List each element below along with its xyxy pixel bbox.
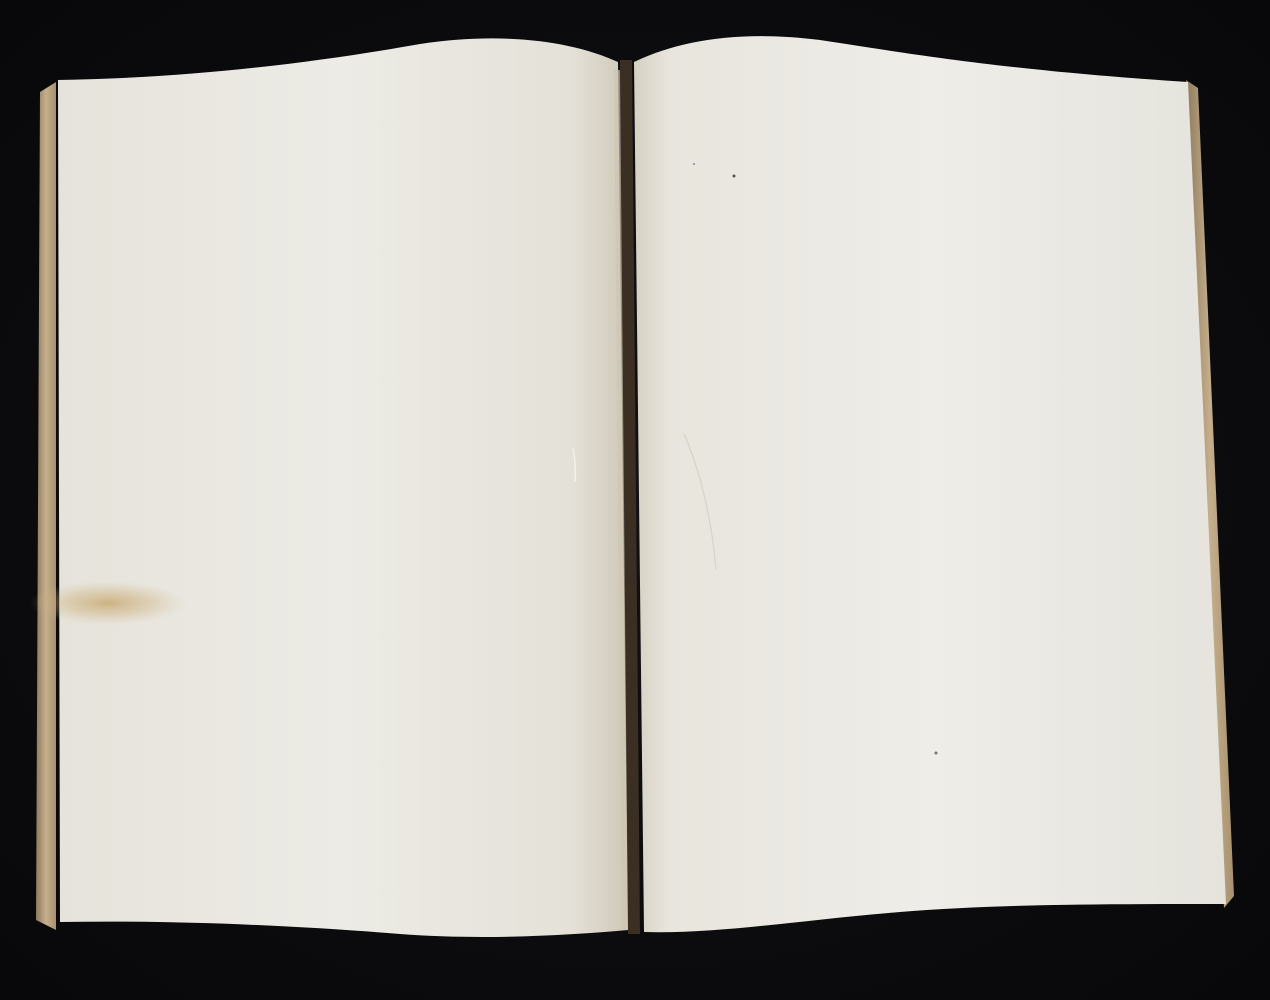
speck bbox=[733, 175, 736, 178]
photo-scene bbox=[0, 0, 1270, 1000]
right-page bbox=[634, 36, 1226, 932]
stain bbox=[30, 581, 186, 625]
left-page bbox=[58, 38, 628, 937]
left-page-edges bbox=[36, 82, 56, 930]
speck bbox=[693, 163, 695, 165]
open-book bbox=[0, 0, 1270, 1000]
speck bbox=[935, 752, 938, 755]
